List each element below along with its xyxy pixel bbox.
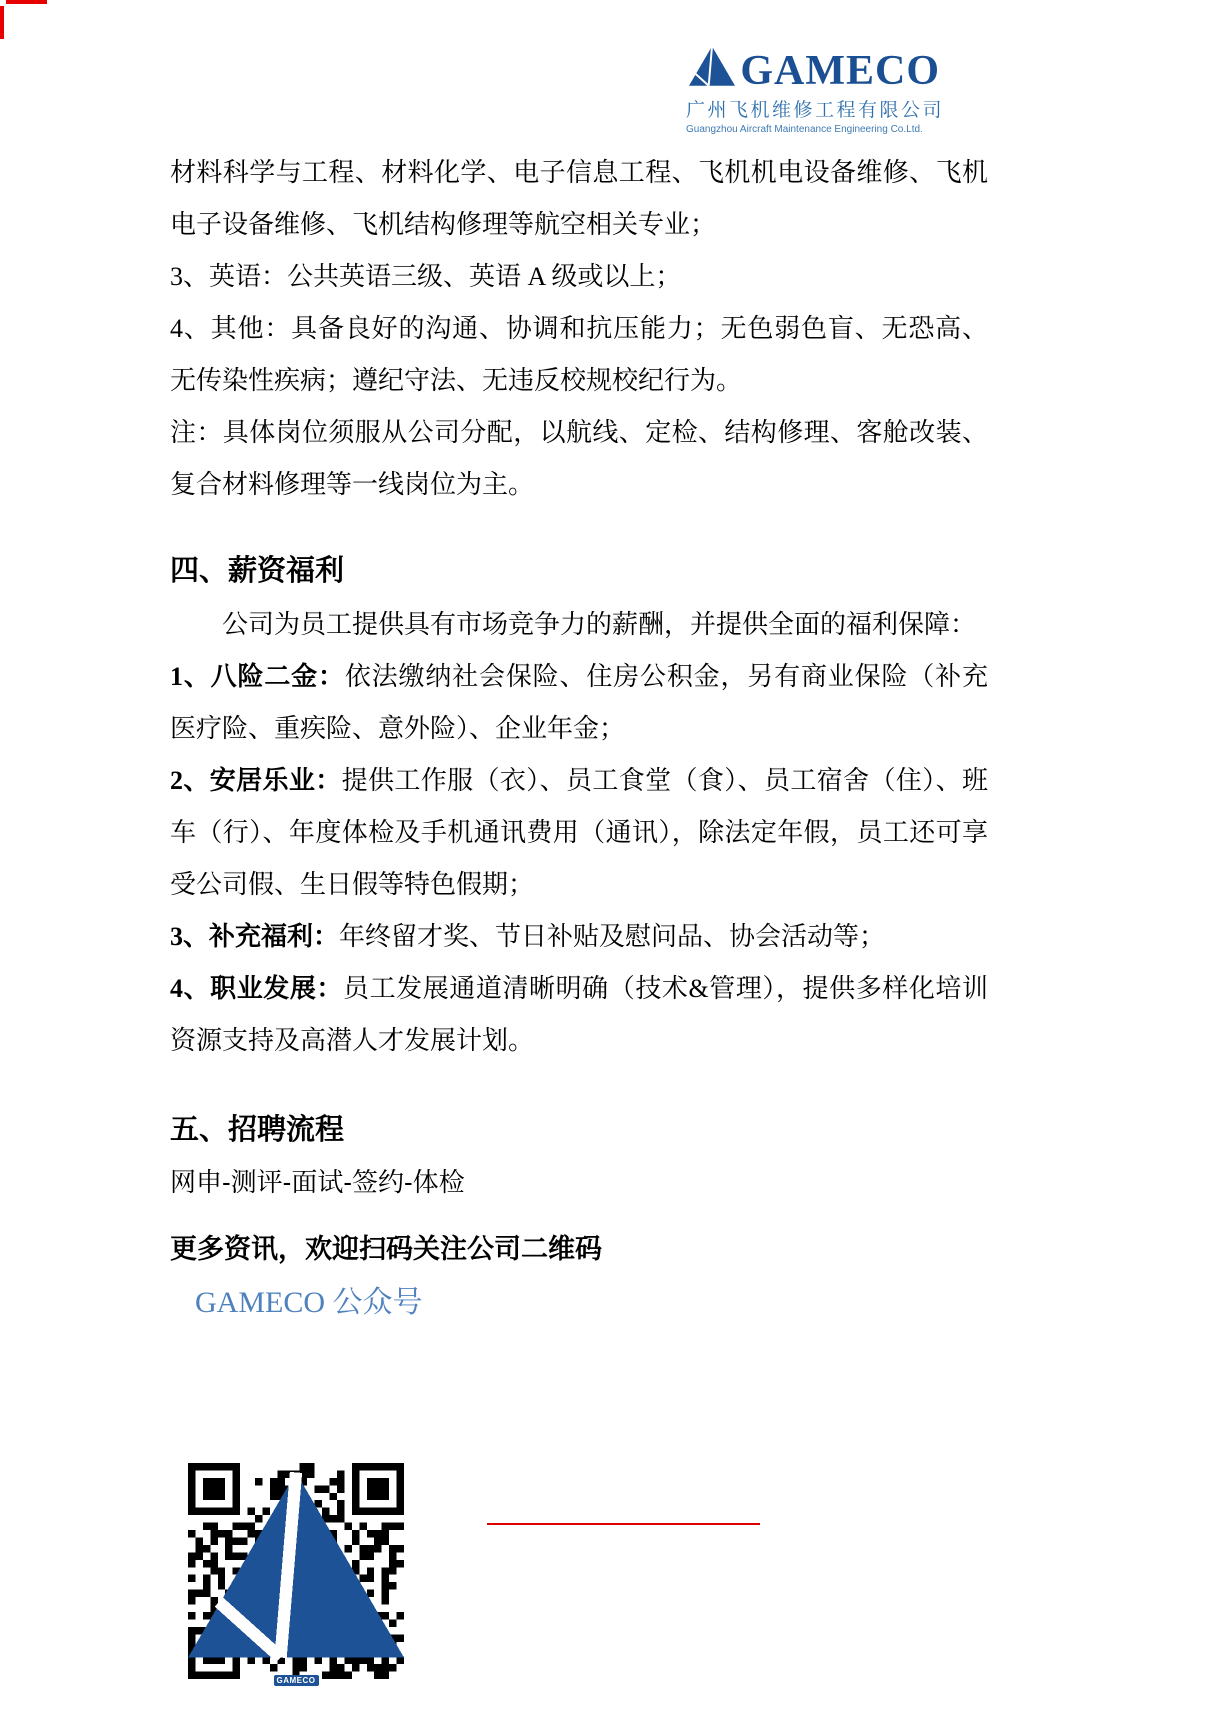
paragraph-other: 4、其他：具备良好的沟通、协调和抗压能力；无色弱色盲、无恐高、无传染性疾病；遵纪…: [170, 303, 988, 407]
document-body: 材料科学与工程、材料化学、电子信息工程、飞机机电设备维修、飞机电子设备维修、飞机…: [170, 147, 988, 1679]
benefit-item-3-label: 3、补充福利：: [170, 922, 339, 951]
brand-row: GAMECO: [686, 46, 940, 91]
benefit-item-1: 1、八险二金：依法缴纳社会保险、住房公积金，另有商业保险（补充医疗险、重疾险、意…: [170, 651, 988, 755]
benefit-item-1-label: 1、八险二金：: [170, 662, 345, 691]
paragraph-majors: 材料科学与工程、材料化学、电子信息工程、飞机机电设备维修、飞机电子设备维修、飞机…: [170, 147, 988, 251]
section-heading-process: 五、招聘流程: [170, 1104, 988, 1156]
process-steps: 网申-测评-面试-签约-体检: [170, 1156, 988, 1208]
benefit-item-4: 4、职业发展：员工发展通道清晰明确（技术&管理），提供多样化培训资源支持及高潜人…: [170, 963, 988, 1067]
qr-code: GAMECO: [188, 1463, 404, 1679]
company-logo: GAMECO 广州飞机维修工程有限公司 Guangzhou Aircraft M…: [686, 46, 940, 135]
company-name-en: Guangzhou Aircraft Maintenance Engineeri…: [686, 124, 940, 135]
paragraph-note: 注：具体岗位须服从公司分配，以航线、定检、结构修理、客舱改装、复合材料修理等一线…: [170, 407, 988, 511]
benefit-item-2-label: 2、安居乐业：: [170, 766, 342, 795]
pyramid-triangle-icon: [689, 46, 735, 91]
qr-caption: GAMECO 公众号: [195, 1275, 988, 1331]
brand-wordmark: GAMECO: [740, 51, 940, 91]
benefit-item-3: 3、补充福利：年终留才奖、节日补贴及慰问品、协会活动等；: [170, 911, 988, 963]
document-page: GAMECO 广州飞机维修工程有限公司 Guangzhou Aircraft M…: [0, 0, 1222, 1716]
qr-center-logo: GAMECO: [265, 1540, 327, 1602]
more-info-line: 更多资讯，欢迎扫码关注公司二维码: [170, 1223, 988, 1275]
qr-center-label: GAMECO: [274, 1675, 319, 1686]
red-corner-mark-horizontal: [6, 0, 47, 4]
qr-center-triangle-icon: [188, 1457, 404, 1673]
benefit-item-2: 2、安居乐业：提供工作服（衣）、员工食堂（食）、员工宿舍（住）、班车（行）、年度…: [170, 755, 988, 911]
benefit-item-4-label: 4、职业发展：: [170, 974, 343, 1003]
paragraph-english: 3、英语：公共英语三级、英语 A 级或以上；: [170, 251, 988, 303]
section-heading-benefits: 四、薪资福利: [170, 545, 988, 597]
red-corner-mark-vertical: [0, 6, 4, 39]
company-name-cn: 广州飞机维修工程有限公司: [686, 95, 940, 122]
benefit-item-3-text: 年终留才奖、节日补贴及慰问品、协会活动等；: [339, 922, 885, 951]
benefits-intro: 公司为员工提供具有市场竞争力的薪酬，并提供全面的福利保障：: [170, 599, 988, 651]
red-underline: [487, 1523, 760, 1525]
